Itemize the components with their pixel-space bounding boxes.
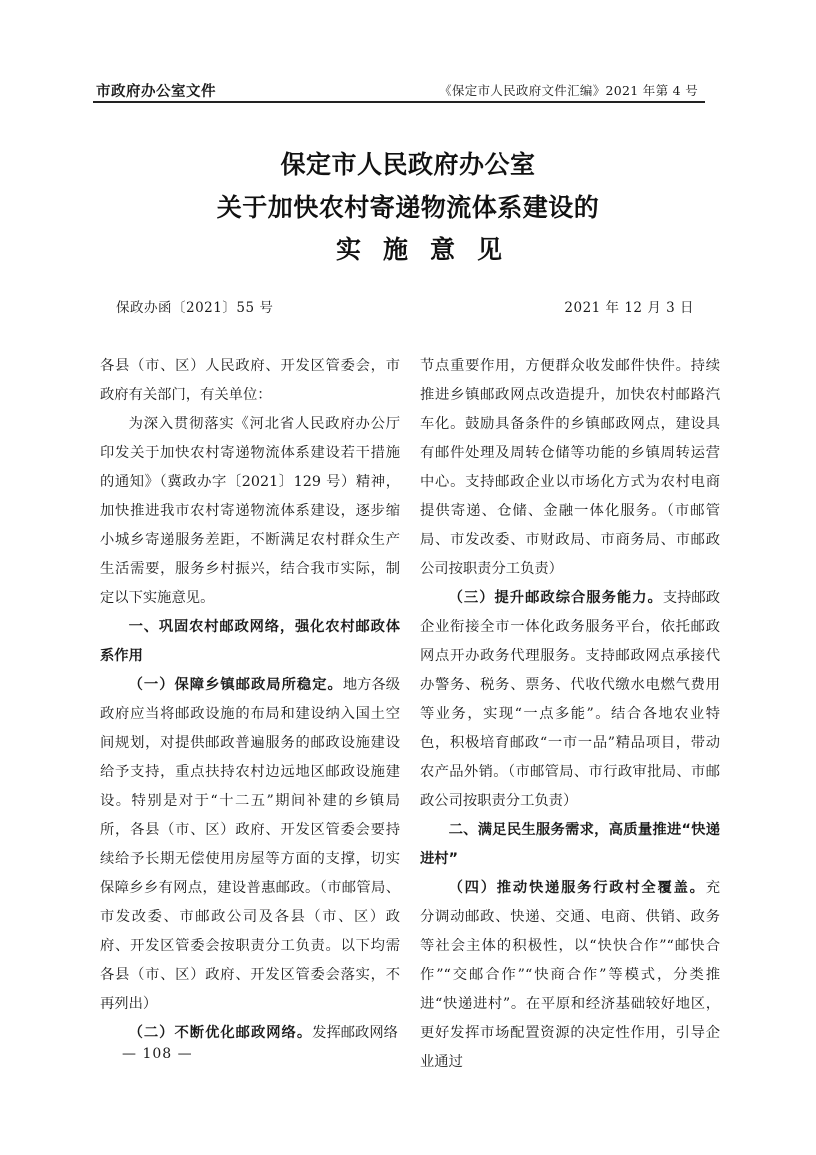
item-3-paragraph: （三）提升邮政综合服务能力。支持邮政企业衔接全市一体化政务服务平台，依托邮政网点… bbox=[420, 584, 720, 816]
header-publication: 《保定市人民政府文件汇编》2021 年第 4 号 bbox=[439, 81, 698, 99]
item-3-title: （三）提升邮政综合服务能力。 bbox=[449, 590, 663, 606]
item-4-paragraph: （四）推动快递服务行政村全覆盖。充分调动邮政、快递、交通、电商、供销、政务等社会… bbox=[420, 874, 720, 1077]
item-1-title: （一）保障乡镇邮政局所稳定。 bbox=[129, 677, 343, 693]
document-date: 2021 年 12 月 3 日 bbox=[564, 296, 694, 316]
item-4-text: 充分调动邮政、快递、交通、电商、供销、政务等社会主体的积极性，以“快快合作”“邮… bbox=[420, 880, 720, 1070]
page-number: — 108 — bbox=[122, 1046, 193, 1062]
document-number: 保政办函〔2021〕55 号 bbox=[116, 296, 273, 316]
item-2-title: （二）不断优化邮政网络。 bbox=[129, 1025, 313, 1041]
body-column-left: 各县（市、区）人民政府、开发区管委会，市政府有关部门，有关单位： 为深入贯彻落实… bbox=[100, 352, 400, 1048]
item-2-text: 发挥邮政网络 bbox=[312, 1025, 398, 1041]
running-header: 市政府办公室文件 《保定市人民政府文件汇编》2021 年第 4 号 bbox=[96, 80, 700, 102]
body-column-right: 节点重要作用，方便群众收发邮件快件。持续推进乡镇邮政网点改造提升，加快农村邮路汽… bbox=[420, 352, 720, 1077]
item-3-text: 支持邮政企业衔接全市一体化政务服务平台，依托邮政网点开办政务代理服务。支持邮政网… bbox=[420, 590, 720, 809]
item-2-continuation: 节点重要作用，方便群众收发邮件快件。持续推进乡镇邮政网点改造提升，加快农村邮路汽… bbox=[420, 352, 720, 584]
title-line-1: 保定市人民政府办公室 bbox=[0, 145, 816, 181]
item-4-title: （四）推动快递服务行政村全覆盖。 bbox=[449, 880, 706, 896]
item-1-paragraph: （一）保障乡镇邮政局所稳定。地方各级政府应当将邮政设施的布局和建设纳入国土空间规… bbox=[100, 671, 400, 1019]
intro-paragraph: 为深入贯彻落实《河北省人民政府办公厅印发关于加快农村寄递物流体系建设若干措施的通… bbox=[100, 410, 400, 613]
section-heading-1: 一、巩固农村邮政网络，强化农村邮政体系作用 bbox=[100, 613, 400, 671]
header-divider bbox=[93, 101, 705, 103]
title-line-3: 实施意见 bbox=[0, 230, 816, 266]
section-heading-2: 二、满足民生服务需求，高质量推进“快递进村” bbox=[420, 816, 720, 874]
header-section-label: 市政府办公室文件 bbox=[96, 80, 216, 101]
item-2-paragraph: （二）不断优化邮政网络。发挥邮政网络 bbox=[100, 1019, 400, 1048]
title-line-2: 关于加快农村寄递物流体系建设的 bbox=[0, 188, 816, 224]
item-1-text: 地方各级政府应当将邮政设施的布局和建设纳入国土空间规划，对提供邮政普遍服务的邮政… bbox=[100, 677, 400, 1012]
salutation: 各县（市、区）人民政府、开发区管委会，市政府有关部门，有关单位： bbox=[100, 352, 400, 410]
